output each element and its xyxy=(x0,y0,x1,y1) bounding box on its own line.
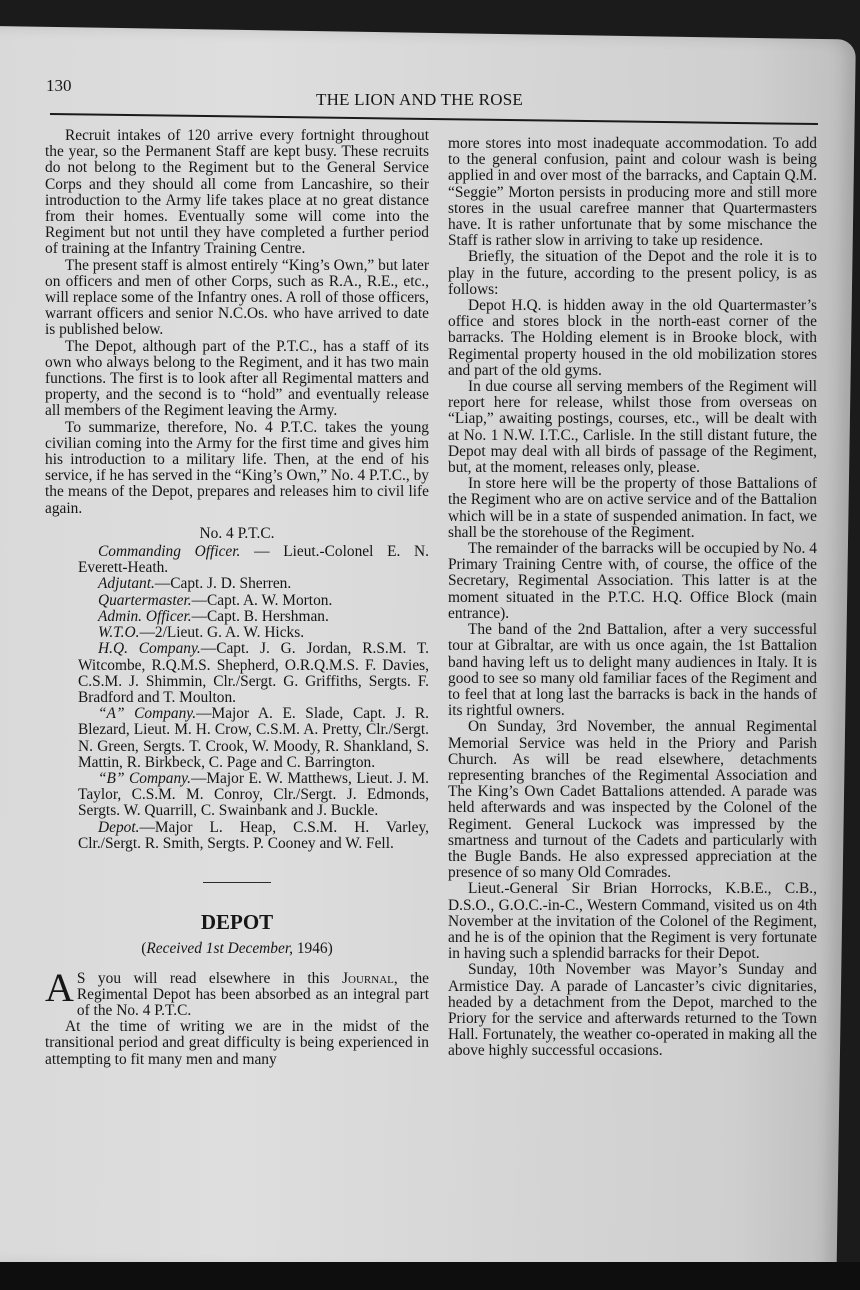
paragraph-memorial-service: On Sunday, 3rd November, the annual Regi… xyxy=(448,719,817,881)
roster-role: Adjutant. xyxy=(98,575,155,592)
scanned-page-photo: 130 THE LION AND THE ROSE Recruit intake… xyxy=(0,0,860,1290)
roster-names: —2/Lieut. G. A. W. Hicks. xyxy=(139,624,304,641)
section-heading-depot: DEPOT xyxy=(45,909,429,935)
roster-entry: Quartermaster.—Capt. A. W. Morton. xyxy=(45,593,429,609)
roster-role: H.Q. Company. xyxy=(98,640,201,657)
paragraph-recruit-intakes: Recruit intakes of 120 arrive every fort… xyxy=(45,128,429,258)
roster-title: No. 4 P.T.C. xyxy=(45,526,429,542)
running-title: THE LION AND THE ROSE xyxy=(316,90,523,110)
paragraph-release: In due course all serving members of the… xyxy=(448,379,817,476)
received-date: Received 1st December, xyxy=(146,940,293,957)
roster-names: —Capt. J. D. Sherren. xyxy=(155,575,291,592)
roster-names: —Capt. B. Hershman. xyxy=(192,608,329,625)
roster-role: Admin. Officer. xyxy=(98,608,192,625)
paragraph-horrocks-visit: Lieut.-General Sir Brian Horrocks, K.B.E… xyxy=(448,881,817,962)
roster-role: “B” Company. xyxy=(98,770,191,787)
page-bottom-shadow xyxy=(0,1262,860,1290)
roster-entry: W.T.O.—2/Lieut. G. A. W. Hicks. xyxy=(45,625,429,641)
roster-entry: Commanding Officer. — Lieut.-Colonel E. … xyxy=(45,544,429,576)
page-content: 130 THE LION AND THE ROSE Recruit intake… xyxy=(0,0,860,1290)
paragraph-depot-functions: The Depot, although part of the P.T.C., … xyxy=(45,339,429,420)
roster-names: —Capt. A. W. Morton. xyxy=(192,592,333,609)
paragraph-depot-intro: AS you will read elsewhere in this Journ… xyxy=(45,971,429,1020)
roster-entry: Admin. Officer.—Capt. B. Hershman. xyxy=(45,609,429,625)
paragraph-present-staff: The present staff is almost entirely “Ki… xyxy=(45,258,429,339)
roster-role: W.T.O. xyxy=(98,624,139,641)
staff-roster: Commanding Officer. — Lieut.-Colonel E. … xyxy=(45,544,429,852)
received-date-line: (Received 1st December, 1946) xyxy=(45,941,429,957)
header-rule xyxy=(50,113,818,125)
roster-role: Depot. xyxy=(98,819,139,836)
roster-entry: Adjutant.—Capt. J. D. Sherren. xyxy=(45,576,429,592)
roster-entry: “A” Company.—Major A. E. Slade, Capt. J.… xyxy=(45,706,429,771)
roster-entry: H.Q. Company.—Capt. J. G. Jordan, R.S.M.… xyxy=(45,641,429,706)
paragraph-armistice-day: Sunday, 10th November was Mayor’s Sunday… xyxy=(448,962,817,1059)
roster-entry: Depot.—Major L. Heap, C.S.M. H. Varley, … xyxy=(45,820,429,852)
roster-role: Commanding Officer. xyxy=(98,543,240,560)
section-divider xyxy=(203,882,271,884)
page-number: 130 xyxy=(46,76,72,96)
paragraph-remainder-barracks: The remainder of the barracks will be oc… xyxy=(448,541,817,622)
paragraph-transitional-period: At the time of writing we are in the mid… xyxy=(45,1019,429,1068)
paragraph-summary: To summarize, therefore, No. 4 P.T.C. ta… xyxy=(45,420,429,517)
paragraph-band: The band of the 2nd Battalion, after a v… xyxy=(448,622,817,719)
paragraph-situation: Briefly, the situation of the Depot and … xyxy=(448,249,817,298)
paragraph-store: In store here will be the property of th… xyxy=(448,476,817,541)
drop-cap: A xyxy=(45,972,74,1004)
right-column: more stores into most inadequate accommo… xyxy=(448,136,817,1060)
paragraph-continuation: more stores into most inadequate accommo… xyxy=(448,136,817,249)
journal-word: Journal xyxy=(342,970,394,987)
paragraph-depot-hq: Depot H.Q. is hidden away in the old Qua… xyxy=(448,298,817,379)
roster-role: Quartermaster. xyxy=(98,592,192,609)
roster-role: “A” Company. xyxy=(98,705,196,722)
left-column: Recruit intakes of 120 arrive every fort… xyxy=(45,128,429,1068)
roster-entry: “B” Company.—Major E. W. Matthews, Lieut… xyxy=(45,771,429,820)
